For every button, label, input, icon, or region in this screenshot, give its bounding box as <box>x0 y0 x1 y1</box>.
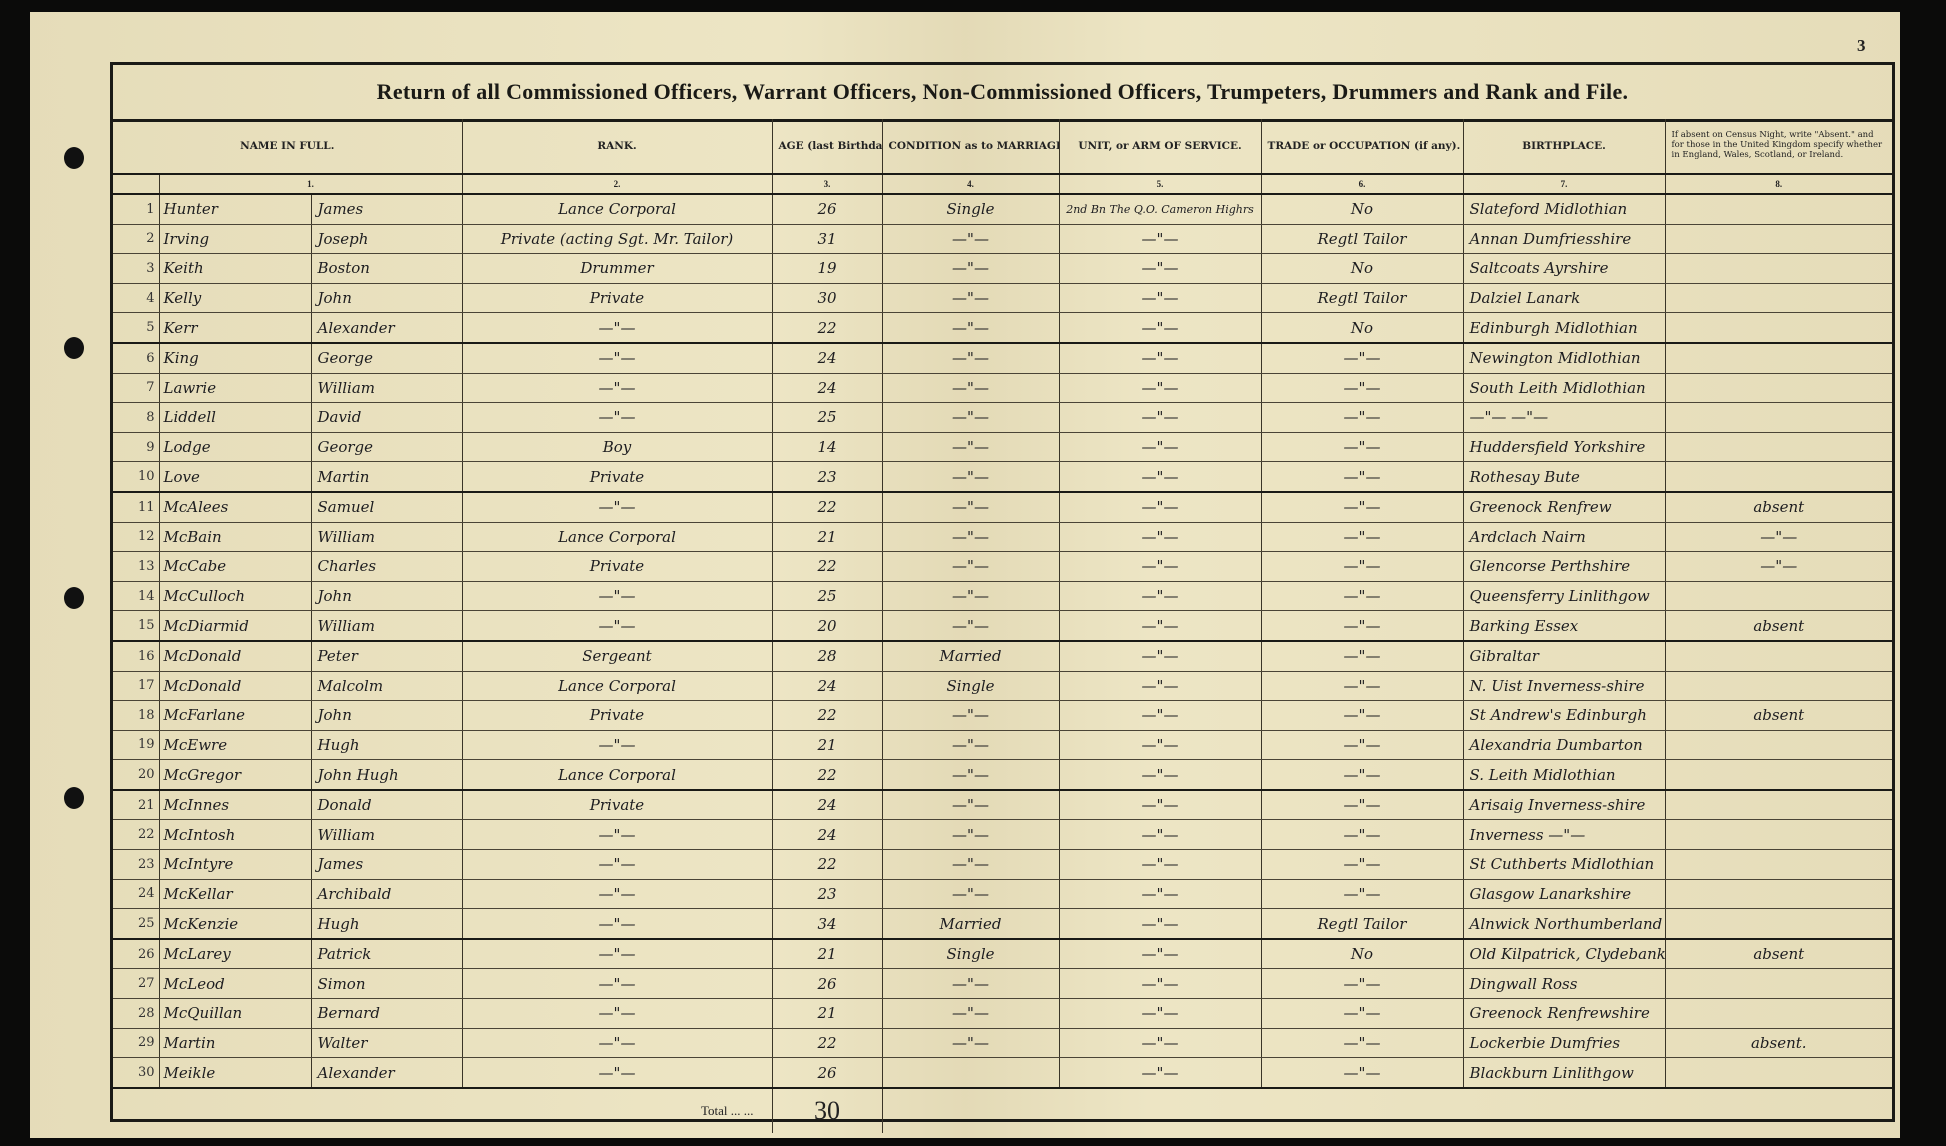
birthplace-cell: Rothesay Bute <box>1463 462 1665 492</box>
trade-cell: —"— <box>1261 373 1463 403</box>
trade-cell: —"— <box>1261 462 1463 492</box>
unit-cell: —"— <box>1059 343 1261 373</box>
surname-cell: Kerr <box>159 313 311 343</box>
row-number: 5 <box>113 313 159 343</box>
marriage-cell: —"— <box>882 254 1059 284</box>
forename-cell: Patrick <box>311 939 462 969</box>
unit-cell: —"— <box>1059 909 1261 939</box>
surname-cell: Keith <box>159 254 311 284</box>
col-name-header: NAME IN FULL. <box>113 119 462 174</box>
unit-cell: —"— <box>1059 760 1261 790</box>
rank-cell: Sergeant <box>462 641 772 671</box>
row-number: 16 <box>113 641 159 671</box>
absent-cell <box>1665 1058 1892 1088</box>
table-row: 2IrvingJosephPrivate (acting Sgt. Mr. Ta… <box>113 224 1892 254</box>
forename-cell: Malcolm <box>311 671 462 701</box>
forename-cell: William <box>311 611 462 641</box>
rank-cell: —"— <box>462 850 772 880</box>
table-row: 23McIntyreJames—"—22—"——"——"—St Cuthbert… <box>113 850 1892 880</box>
forename-cell: James <box>311 850 462 880</box>
age-cell: 14 <box>772 432 882 462</box>
table-row: 29MartinWalter—"—22—"——"——"—Lockerbie Du… <box>113 1028 1892 1058</box>
trade-cell: —"— <box>1261 552 1463 582</box>
trade-cell: —"— <box>1261 790 1463 820</box>
surname-cell: McLarey <box>159 939 311 969</box>
punch-hole <box>64 147 84 169</box>
trade-cell: —"— <box>1261 969 1463 999</box>
absent-cell <box>1665 760 1892 790</box>
row-number: 10 <box>113 462 159 492</box>
trade-cell: —"— <box>1261 1058 1463 1088</box>
birthplace-cell: Saltcoats Ayrshire <box>1463 254 1665 284</box>
unit-cell: —"— <box>1059 552 1261 582</box>
unit-cell: —"— <box>1059 373 1261 403</box>
absent-cell <box>1665 194 1892 224</box>
trade-cell: —"— <box>1261 641 1463 671</box>
rank-cell: Lance Corporal <box>462 194 772 224</box>
unit-cell: —"— <box>1059 701 1261 731</box>
absent-cell: absent <box>1665 939 1892 969</box>
unit-cell: —"— <box>1059 850 1261 880</box>
col-num: 5. <box>1059 174 1261 194</box>
absent-cell <box>1665 254 1892 284</box>
row-number: 25 <box>113 909 159 939</box>
birthplace-cell: Newington Midlothian <box>1463 343 1665 373</box>
col-num: 8. <box>1665 174 1892 194</box>
forename-cell: Joseph <box>311 224 462 254</box>
forename-cell: Hugh <box>311 909 462 939</box>
trade-cell: No <box>1261 939 1463 969</box>
marriage-cell: —"— <box>882 343 1059 373</box>
row-number: 26 <box>113 939 159 969</box>
absent-cell <box>1665 641 1892 671</box>
surname-cell: McEwre <box>159 730 311 760</box>
marriage-cell: Married <box>882 641 1059 671</box>
marriage-cell: —"— <box>882 1028 1059 1058</box>
trade-cell: —"— <box>1261 403 1463 433</box>
surname-cell: McInnes <box>159 790 311 820</box>
table-row: 10LoveMartinPrivate23—"——"——"—Rothesay B… <box>113 462 1892 492</box>
table-row: 26McLareyPatrick—"—21Single—"—NoOld Kilp… <box>113 939 1892 969</box>
rank-cell: —"— <box>462 581 772 611</box>
surname-cell: McLeod <box>159 969 311 999</box>
trade-cell: —"— <box>1261 671 1463 701</box>
row-number: 9 <box>113 432 159 462</box>
birthplace-cell: Inverness —"— <box>1463 820 1665 850</box>
table-row: 25McKenzieHugh—"—34Married—"—Regtl Tailo… <box>113 909 1892 939</box>
marriage-cell: —"— <box>882 403 1059 433</box>
trade-cell: —"— <box>1261 492 1463 522</box>
rank-cell: —"— <box>462 373 772 403</box>
unit-cell: —"— <box>1059 522 1261 552</box>
table-row: 6KingGeorge—"—24—"——"——"—Newington Midlo… <box>113 343 1892 373</box>
age-cell: 34 <box>772 909 882 939</box>
forename-cell: William <box>311 373 462 403</box>
age-cell: 22 <box>772 313 882 343</box>
absent-cell <box>1665 283 1892 313</box>
birthplace-cell: Dingwall Ross <box>1463 969 1665 999</box>
marriage-cell: —"— <box>882 283 1059 313</box>
table-row: 21McInnesDonaldPrivate24—"——"——"—Arisaig… <box>113 790 1892 820</box>
col-marriage-header: CONDITION as to MARRIAGE. <box>882 119 1059 174</box>
surname-cell: McKenzie <box>159 909 311 939</box>
absent-cell <box>1665 879 1892 909</box>
forename-cell: Boston <box>311 254 462 284</box>
absent-cell <box>1665 790 1892 820</box>
table-row: 8LiddellDavid—"—25—"——"——"——"— —"— <box>113 403 1892 433</box>
rank-cell: —"— <box>462 313 772 343</box>
row-number: 11 <box>113 492 159 522</box>
forename-cell: James <box>311 194 462 224</box>
age-cell: 26 <box>772 1058 882 1088</box>
row-number: 12 <box>113 522 159 552</box>
forename-cell: Peter <box>311 641 462 671</box>
forename-cell: Hugh <box>311 730 462 760</box>
marriage-cell: —"— <box>882 850 1059 880</box>
col-num: 6. <box>1261 174 1463 194</box>
birthplace-cell: Greenock Renfrew <box>1463 492 1665 522</box>
trade-cell: —"— <box>1261 820 1463 850</box>
birthplace-cell: Lockerbie Dumfries <box>1463 1028 1665 1058</box>
return-table: NAME IN FULL. RANK. AGE (last Birthday).… <box>113 119 1892 1133</box>
forename-cell: Samuel <box>311 492 462 522</box>
row-number: 23 <box>113 850 159 880</box>
marriage-cell: —"— <box>882 820 1059 850</box>
marriage-cell: Single <box>882 194 1059 224</box>
rank-cell: —"— <box>462 969 772 999</box>
header-row: NAME IN FULL. RANK. AGE (last Birthday).… <box>113 119 1892 174</box>
row-number: 27 <box>113 969 159 999</box>
table-row: 14McCullochJohn—"—25—"——"——"—Queensferry… <box>113 581 1892 611</box>
table-row: 1HunterJamesLance Corporal26Single2nd Bn… <box>113 194 1892 224</box>
age-cell: 22 <box>772 850 882 880</box>
unit-cell: —"— <box>1059 969 1261 999</box>
rank-cell: —"— <box>462 1028 772 1058</box>
table-row: 11McAleesSamuel—"—22—"——"——"—Greenock Re… <box>113 492 1892 522</box>
absent-cell <box>1665 999 1892 1029</box>
table-row: 9LodgeGeorgeBoy14—"——"——"—Huddersfield Y… <box>113 432 1892 462</box>
col-num: 3. <box>772 174 882 194</box>
col-unit-header: UNIT, or ARM OF SERVICE. <box>1059 119 1261 174</box>
total-row: Total ... ... 30 <box>113 1088 1892 1133</box>
surname-cell: McDonald <box>159 641 311 671</box>
unit-cell: —"— <box>1059 581 1261 611</box>
surname-cell: Martin <box>159 1028 311 1058</box>
row-number: 1 <box>113 194 159 224</box>
absent-cell <box>1665 820 1892 850</box>
table-row: 12McBainWilliamLance Corporal21—"——"——"—… <box>113 522 1892 552</box>
rank-cell: Private <box>462 701 772 731</box>
trade-cell: Regtl Tailor <box>1261 909 1463 939</box>
absent-cell <box>1665 313 1892 343</box>
table-row: 5KerrAlexander—"—22—"——"—NoEdinburgh Mid… <box>113 313 1892 343</box>
row-number: 18 <box>113 701 159 731</box>
forename-cell: Martin <box>311 462 462 492</box>
rank-cell: Private <box>462 790 772 820</box>
age-cell: 25 <box>772 403 882 433</box>
row-number: 8 <box>113 403 159 433</box>
forename-cell: Archibald <box>311 879 462 909</box>
birthplace-cell: Annan Dumfriesshire <box>1463 224 1665 254</box>
unit-cell: —"— <box>1059 254 1261 284</box>
surname-cell: Meikle <box>159 1058 311 1088</box>
table-row: 22McIntoshWilliam—"—24—"——"——"—Inverness… <box>113 820 1892 850</box>
age-cell: 21 <box>772 999 882 1029</box>
birthplace-cell: N. Uist Inverness-shire <box>1463 671 1665 701</box>
rank-cell: —"— <box>462 492 772 522</box>
birthplace-cell: St Cuthberts Midlothian <box>1463 850 1665 880</box>
marriage-cell: —"— <box>882 879 1059 909</box>
table-row: 4KellyJohnPrivate30—"——"—Regtl TailorDal… <box>113 283 1892 313</box>
birthplace-cell: Slateford Midlothian <box>1463 194 1665 224</box>
marriage-cell: Single <box>882 939 1059 969</box>
surname-cell: McQuillan <box>159 999 311 1029</box>
unit-cell: —"— <box>1059 671 1261 701</box>
unit-cell: —"— <box>1059 939 1261 969</box>
birthplace-cell: Edinburgh Midlothian <box>1463 313 1665 343</box>
age-cell: 22 <box>772 701 882 731</box>
trade-cell: No <box>1261 313 1463 343</box>
unit-cell: 2nd Bn The Q.O. Cameron Highrs <box>1059 194 1261 224</box>
marriage-cell: —"— <box>882 492 1059 522</box>
row-number: 22 <box>113 820 159 850</box>
absent-cell <box>1665 671 1892 701</box>
surname-cell: McIntosh <box>159 820 311 850</box>
table-row: 15McDiarmidWilliam—"—20—"——"——"—Barking … <box>113 611 1892 641</box>
absent-cell: absent <box>1665 611 1892 641</box>
trade-cell: —"— <box>1261 999 1463 1029</box>
table-row: 19McEwreHugh—"—21—"——"——"—Alexandria Dum… <box>113 730 1892 760</box>
age-cell: 22 <box>772 492 882 522</box>
table-row: 13McCabeCharlesPrivate22—"——"——"—Glencor… <box>113 552 1892 582</box>
row-number: 4 <box>113 283 159 313</box>
forename-cell: George <box>311 343 462 373</box>
unit-cell: —"— <box>1059 313 1261 343</box>
unit-cell: —"— <box>1059 879 1261 909</box>
absent-cell <box>1665 909 1892 939</box>
unit-cell: —"— <box>1059 403 1261 433</box>
rank-cell: —"— <box>462 939 772 969</box>
forename-cell: Alexander <box>311 313 462 343</box>
absent-cell <box>1665 969 1892 999</box>
absent-cell: —"— <box>1665 552 1892 582</box>
age-cell: 21 <box>772 939 882 969</box>
forename-cell: David <box>311 403 462 433</box>
surname-cell: Liddell <box>159 403 311 433</box>
absent-cell <box>1665 462 1892 492</box>
row-number: 6 <box>113 343 159 373</box>
total-label: Total ... ... <box>113 1088 772 1133</box>
col-rank-header: RANK. <box>462 119 772 174</box>
column-number-row: 1. 2. 3. 4. 5. 6. 7. 8. <box>113 174 1892 194</box>
unit-cell: —"— <box>1059 224 1261 254</box>
age-cell: 21 <box>772 522 882 552</box>
col-trade-header: TRADE or OCCUPATION (if any). <box>1261 119 1463 174</box>
form-frame: Return of all Commissioned Officers, War… <box>110 62 1895 1122</box>
rank-cell: —"— <box>462 909 772 939</box>
row-number: 29 <box>113 1028 159 1058</box>
census-sheet: 3 Return of all Commissioned Officers, W… <box>30 12 1900 1138</box>
surname-cell: King <box>159 343 311 373</box>
trade-cell: —"— <box>1261 611 1463 641</box>
marriage-cell: —"— <box>882 760 1059 790</box>
age-cell: 31 <box>772 224 882 254</box>
surname-cell: Lodge <box>159 432 311 462</box>
forename-cell: Walter <box>311 1028 462 1058</box>
marriage-cell: —"— <box>882 611 1059 641</box>
marriage-cell: —"— <box>882 224 1059 254</box>
rank-cell: Private (acting Sgt. Mr. Tailor) <box>462 224 772 254</box>
rank-cell: —"— <box>462 1058 772 1088</box>
absent-cell <box>1665 432 1892 462</box>
col-age-header: AGE (last Birthday). <box>772 119 882 174</box>
surname-cell: McFarlane <box>159 701 311 731</box>
col-num: 4. <box>882 174 1059 194</box>
surname-cell: Hunter <box>159 194 311 224</box>
age-cell: 23 <box>772 879 882 909</box>
rank-cell: Drummer <box>462 254 772 284</box>
punch-hole <box>64 337 84 359</box>
forename-cell: Alexander <box>311 1058 462 1088</box>
marriage-cell: —"— <box>882 999 1059 1029</box>
forename-cell: George <box>311 432 462 462</box>
age-cell: 24 <box>772 343 882 373</box>
birthplace-cell: South Leith Midlothian <box>1463 373 1665 403</box>
table-row: 7LawrieWilliam—"—24—"——"——"—South Leith … <box>113 373 1892 403</box>
surname-cell: McKellar <box>159 879 311 909</box>
marriage-cell: —"— <box>882 313 1059 343</box>
marriage-cell: —"— <box>882 701 1059 731</box>
rank-cell: —"— <box>462 730 772 760</box>
rank-cell: —"— <box>462 999 772 1029</box>
absent-cell <box>1665 403 1892 433</box>
absent-cell: absent <box>1665 701 1892 731</box>
forename-cell: Donald <box>311 790 462 820</box>
row-number: 24 <box>113 879 159 909</box>
trade-cell: Regtl Tailor <box>1261 283 1463 313</box>
birthplace-cell: Blackburn Linlithgow <box>1463 1058 1665 1088</box>
row-number: 3 <box>113 254 159 284</box>
surname-cell: McIntyre <box>159 850 311 880</box>
trade-cell: Regtl Tailor <box>1261 224 1463 254</box>
form-title: Return of all Commissioned Officers, War… <box>113 65 1892 122</box>
table-row: 18McFarlaneJohnPrivate22—"——"——"—St Andr… <box>113 701 1892 731</box>
absent-cell <box>1665 373 1892 403</box>
unit-cell: —"— <box>1059 283 1261 313</box>
trade-cell: No <box>1261 254 1463 284</box>
row-number: 17 <box>113 671 159 701</box>
age-cell: 26 <box>772 194 882 224</box>
birthplace-cell: St Andrew's Edinburgh <box>1463 701 1665 731</box>
birthplace-cell: Glasgow Lanarkshire <box>1463 879 1665 909</box>
age-cell: 25 <box>772 581 882 611</box>
trade-cell: —"— <box>1261 432 1463 462</box>
table-row: 16McDonaldPeterSergeant28Married—"——"—Gi… <box>113 641 1892 671</box>
birthplace-cell: Arisaig Inverness-shire <box>1463 790 1665 820</box>
row-number: 30 <box>113 1058 159 1088</box>
trade-cell: —"— <box>1261 581 1463 611</box>
unit-cell: —"— <box>1059 730 1261 760</box>
rank-cell: Private <box>462 462 772 492</box>
absent-cell: absent <box>1665 492 1892 522</box>
row-number: 28 <box>113 999 159 1029</box>
trade-cell: —"— <box>1261 760 1463 790</box>
absent-cell <box>1665 224 1892 254</box>
forename-cell: Charles <box>311 552 462 582</box>
trade-cell: No <box>1261 194 1463 224</box>
unit-cell: —"— <box>1059 432 1261 462</box>
trade-cell: —"— <box>1261 879 1463 909</box>
row-number: 7 <box>113 373 159 403</box>
table-row: 27McLeodSimon—"—26—"——"——"—Dingwall Ross <box>113 969 1892 999</box>
trade-cell: —"— <box>1261 343 1463 373</box>
unit-cell: —"— <box>1059 999 1261 1029</box>
table-row: 3KeithBostonDrummer19—"——"—NoSaltcoats A… <box>113 254 1892 284</box>
row-number: 21 <box>113 790 159 820</box>
birthplace-cell: Greenock Renfrewshire <box>1463 999 1665 1029</box>
rank-cell: Lance Corporal <box>462 522 772 552</box>
marriage-cell: —"— <box>882 790 1059 820</box>
birthplace-cell: Queensferry Linlithgow <box>1463 581 1665 611</box>
birthplace-cell: Alnwick Northumberland <box>1463 909 1665 939</box>
age-cell: 21 <box>772 730 882 760</box>
punch-hole <box>64 587 84 609</box>
surname-cell: McAlees <box>159 492 311 522</box>
marriage-cell: —"— <box>882 730 1059 760</box>
surname-cell: McDiarmid <box>159 611 311 641</box>
unit-cell: —"— <box>1059 611 1261 641</box>
surname-cell: Lawrie <box>159 373 311 403</box>
marriage-cell: —"— <box>882 432 1059 462</box>
forename-cell: Simon <box>311 969 462 999</box>
marriage-cell: —"— <box>882 969 1059 999</box>
rank-cell: —"— <box>462 879 772 909</box>
rank-cell: —"— <box>462 820 772 850</box>
row-number: 15 <box>113 611 159 641</box>
row-number: 14 <box>113 581 159 611</box>
rank-cell: —"— <box>462 343 772 373</box>
table-row: 24McKellarArchibald—"—23—"——"——"—Glasgow… <box>113 879 1892 909</box>
unit-cell: —"— <box>1059 462 1261 492</box>
col-absent-header: If absent on Census Night, write "Absent… <box>1665 119 1892 174</box>
col-num: 7. <box>1463 174 1665 194</box>
birthplace-cell: Glencorse Perthshire <box>1463 552 1665 582</box>
marriage-cell: —"— <box>882 552 1059 582</box>
age-cell: 28 <box>772 641 882 671</box>
table-row: 20McGregorJohn HughLance Corporal22—"——"… <box>113 760 1892 790</box>
rank-cell: —"— <box>462 403 772 433</box>
birthplace-cell: Barking Essex <box>1463 611 1665 641</box>
table-body: 1HunterJamesLance Corporal26Single2nd Bn… <box>113 194 1892 1088</box>
table-row: 30MeikleAlexander—"—26—"——"—Blackburn Li… <box>113 1058 1892 1088</box>
surname-cell: McCabe <box>159 552 311 582</box>
trade-cell: —"— <box>1261 730 1463 760</box>
birthplace-cell: Huddersfield Yorkshire <box>1463 432 1665 462</box>
age-cell: 20 <box>772 611 882 641</box>
unit-cell: —"— <box>1059 1058 1261 1088</box>
birthplace-cell: Ardclach Nairn <box>1463 522 1665 552</box>
row-number: 13 <box>113 552 159 582</box>
rank-cell: Private <box>462 283 772 313</box>
forename-cell: John <box>311 701 462 731</box>
unit-cell: —"— <box>1059 790 1261 820</box>
table-row: 28McQuillanBernard—"—21—"——"——"—Greenock… <box>113 999 1892 1029</box>
surname-cell: Kelly <box>159 283 311 313</box>
age-cell: 22 <box>772 1028 882 1058</box>
birthplace-cell: Gibraltar <box>1463 641 1665 671</box>
forename-cell: John <box>311 581 462 611</box>
birthplace-cell: —"— —"— <box>1463 403 1665 433</box>
